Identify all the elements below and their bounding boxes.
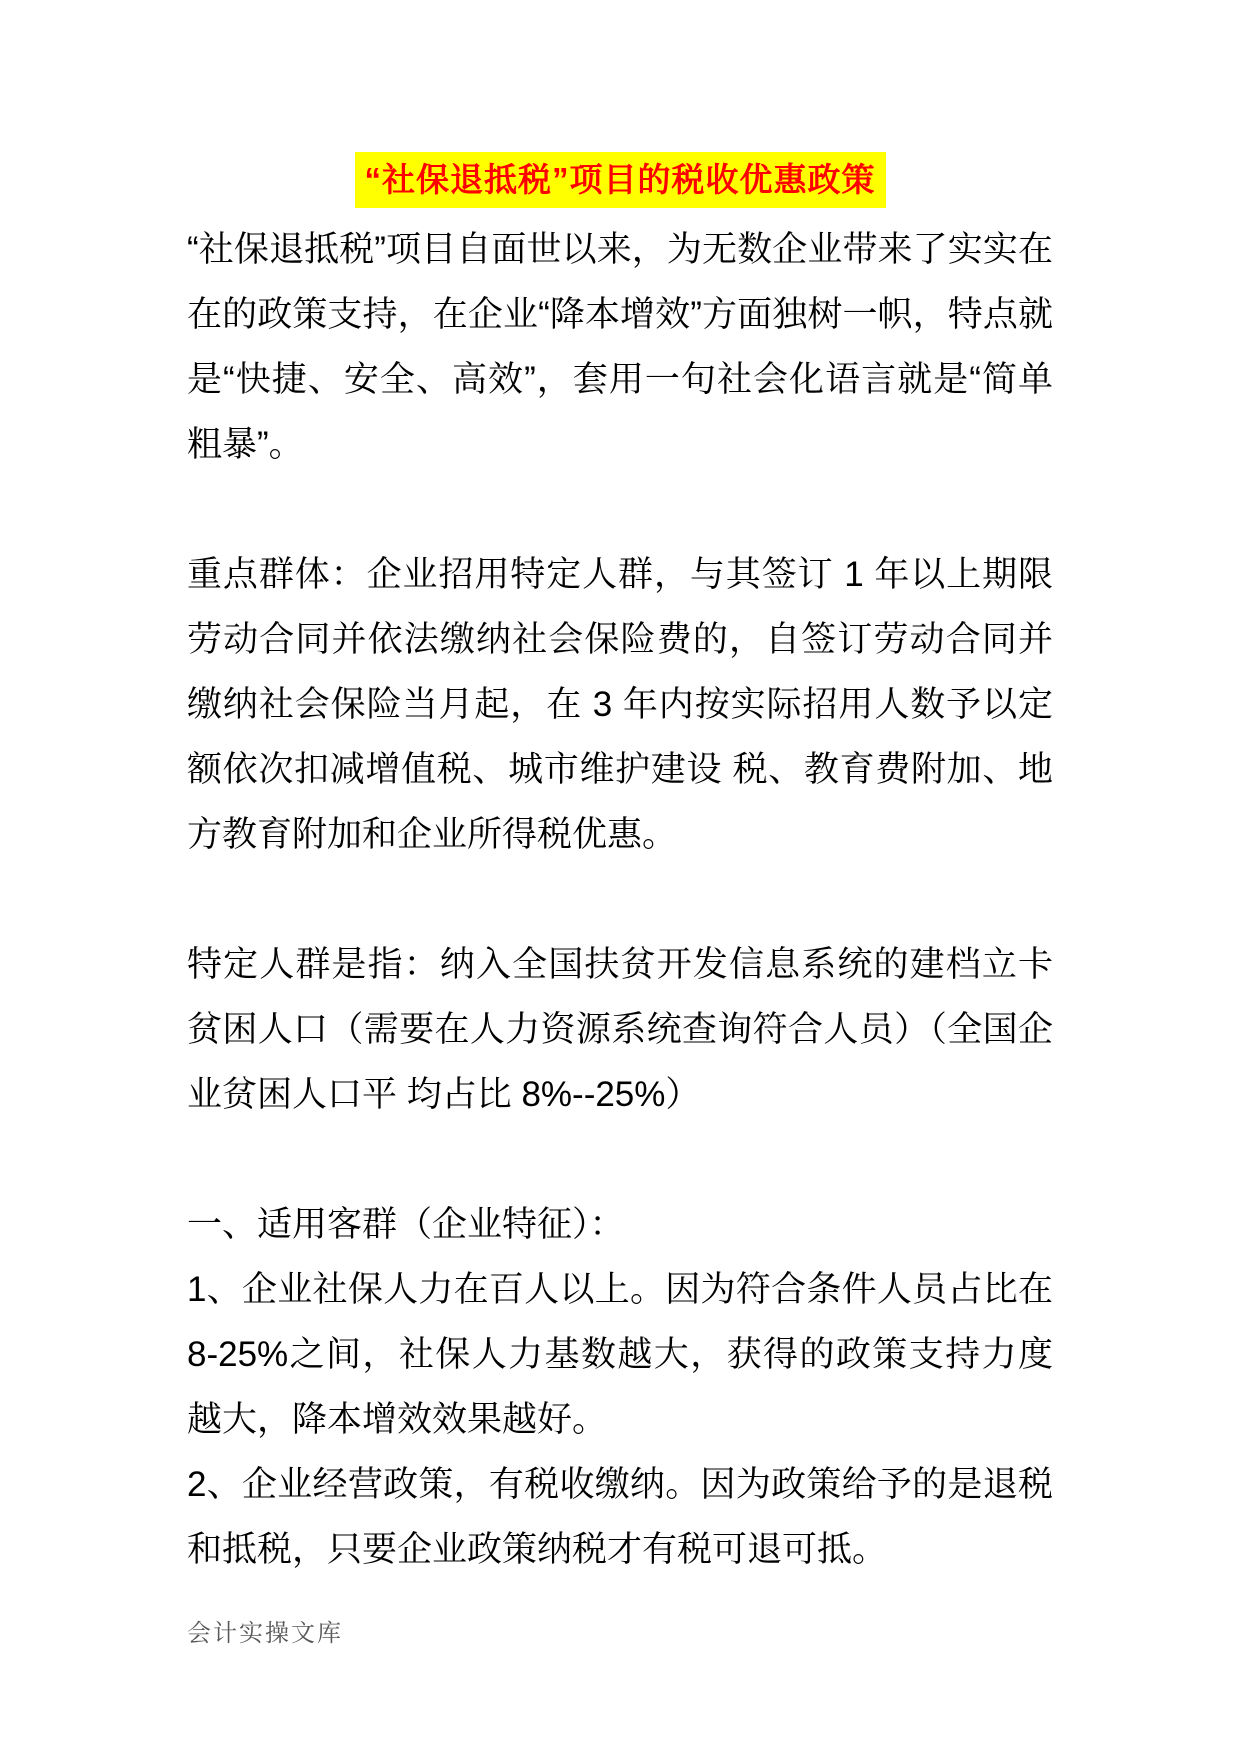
paragraph-specific-people: 特定人群是指：纳入全国扶贫开发信息系统的建档立卡贫困人口（需要在人力资源系统查询… bbox=[187, 932, 1053, 1127]
footer-watermark: 会计实操文库 bbox=[187, 1619, 343, 1649]
title-highlight: “社保退抵税”项目的税收优惠政策 bbox=[355, 152, 886, 208]
paragraph-key-groups: 重点群体：企业招用特定人群，与其签订 1 年以上期限劳动合同并依法缴纳社会保险费… bbox=[187, 542, 1053, 867]
document-title: “社保退抵税”项目的税收优惠政策 bbox=[187, 152, 1053, 208]
paragraph-item-1: 1、企业社保人力在百人以上。因为符合条件人员占比在 8-25%之间，社保人力基数… bbox=[187, 1257, 1053, 1452]
key-groups-section: 重点群体：企业招用特定人群，与其签订 1 年以上期限劳动合同并依法缴纳社会保险费… bbox=[187, 542, 1053, 867]
paragraph-item-2: 2、企业经营政策，有税收缴纳。因为政策给予的是退税和抵税，只要企业政策纳税才有税… bbox=[187, 1452, 1053, 1582]
applicable-customers-section: 一、适用客群（企业特征）： 1、企业社保人力在百人以上。因为符合条件人员占比在 … bbox=[187, 1192, 1053, 1582]
intro-section: “社保退抵税”项目自面世以来，为无数企业带来了实实在在的政策支持，在企业“降本增… bbox=[187, 217, 1053, 477]
paragraph-intro: “社保退抵税”项目自面世以来，为无数企业带来了实实在在的政策支持，在企业“降本增… bbox=[187, 217, 1053, 477]
specific-people-section: 特定人群是指：纳入全国扶贫开发信息系统的建档立卡贫困人口（需要在人力资源系统查询… bbox=[187, 932, 1053, 1127]
document-page: “社保退抵税”项目的税收优惠政策 “社保退抵税”项目自面世以来，为无数企业带来了… bbox=[0, 0, 1240, 1753]
document-body: “社保退抵税”项目自面世以来，为无数企业带来了实实在在的政策支持，在企业“降本增… bbox=[187, 217, 1053, 1582]
applicable-customers-heading: 一、适用客群（企业特征）： bbox=[187, 1192, 1053, 1257]
